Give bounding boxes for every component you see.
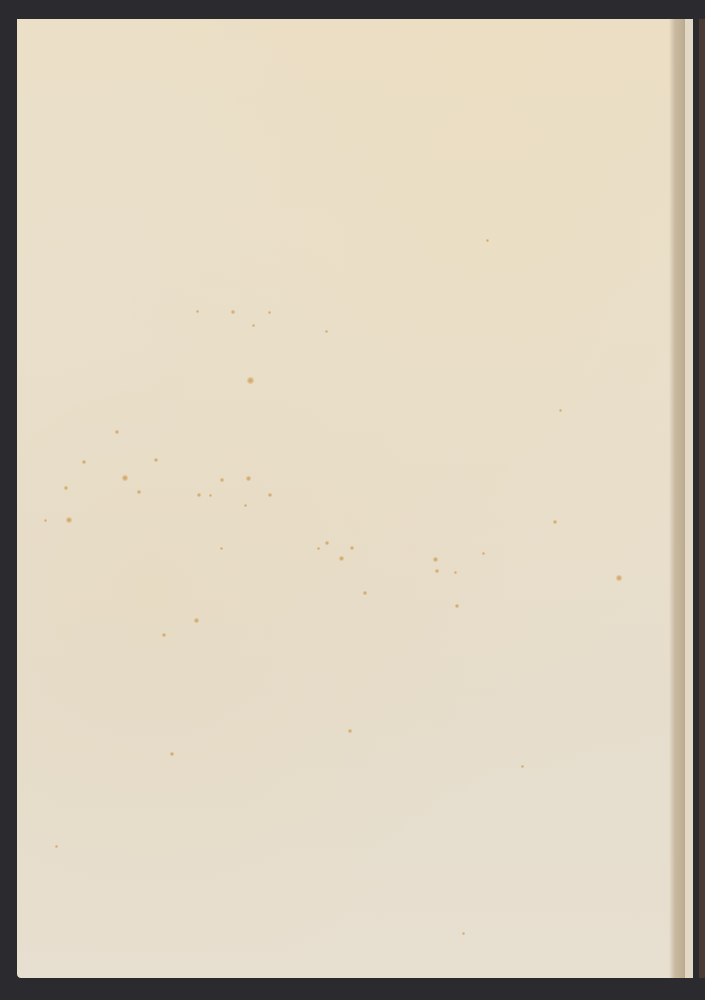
foxing-spot: [115, 430, 119, 434]
foxing-spot: [162, 633, 166, 637]
foxing-spot: [433, 557, 438, 562]
foxing-spot: [82, 460, 86, 464]
foxing-spot: [247, 377, 254, 384]
book-spine-edge: [699, 19, 705, 978]
foxing-spot: [454, 571, 457, 574]
foxing-spot: [325, 541, 329, 545]
foxing-spot: [348, 729, 352, 733]
foxing-spot: [521, 765, 524, 768]
page-edge-strip: [684, 19, 693, 978]
foxing-spot: [559, 409, 562, 412]
foxing-spot: [462, 932, 465, 935]
foxing-spot: [268, 311, 271, 314]
foxing-spot: [122, 475, 128, 481]
foxing-spot: [244, 504, 247, 507]
foxing-spot: [170, 752, 174, 756]
foxing-spot: [66, 517, 72, 523]
foxing-spot: [268, 493, 272, 497]
foxing-spot: [482, 552, 485, 555]
foxing-spot: [317, 547, 320, 550]
foxing-spot: [197, 493, 201, 497]
foxing-spot: [339, 556, 344, 561]
foxing-spot: [486, 239, 489, 242]
foxing-spot: [194, 618, 199, 623]
foxing-spot: [246, 476, 251, 481]
foxing-spot: [455, 604, 459, 608]
foxing-spot: [363, 591, 367, 595]
foxing-spot: [154, 458, 158, 462]
foxing-spot: [196, 310, 199, 313]
foxing-spot: [220, 478, 224, 482]
foxing-spot: [252, 324, 255, 327]
foxing-spot: [616, 575, 622, 581]
foxing-spot: [137, 490, 141, 494]
book-page: [17, 19, 693, 978]
foxing-spot: [325, 330, 328, 333]
foxing-spot: [220, 547, 223, 550]
foxing-spot: [44, 519, 47, 522]
foxing-spot: [435, 569, 439, 573]
foxing-spot: [209, 494, 212, 497]
foxing-spot: [55, 845, 58, 848]
foxing-spot: [64, 486, 68, 490]
foxing-spot: [553, 520, 557, 524]
foxing-spot: [231, 310, 235, 314]
foxing-spot: [350, 546, 354, 550]
